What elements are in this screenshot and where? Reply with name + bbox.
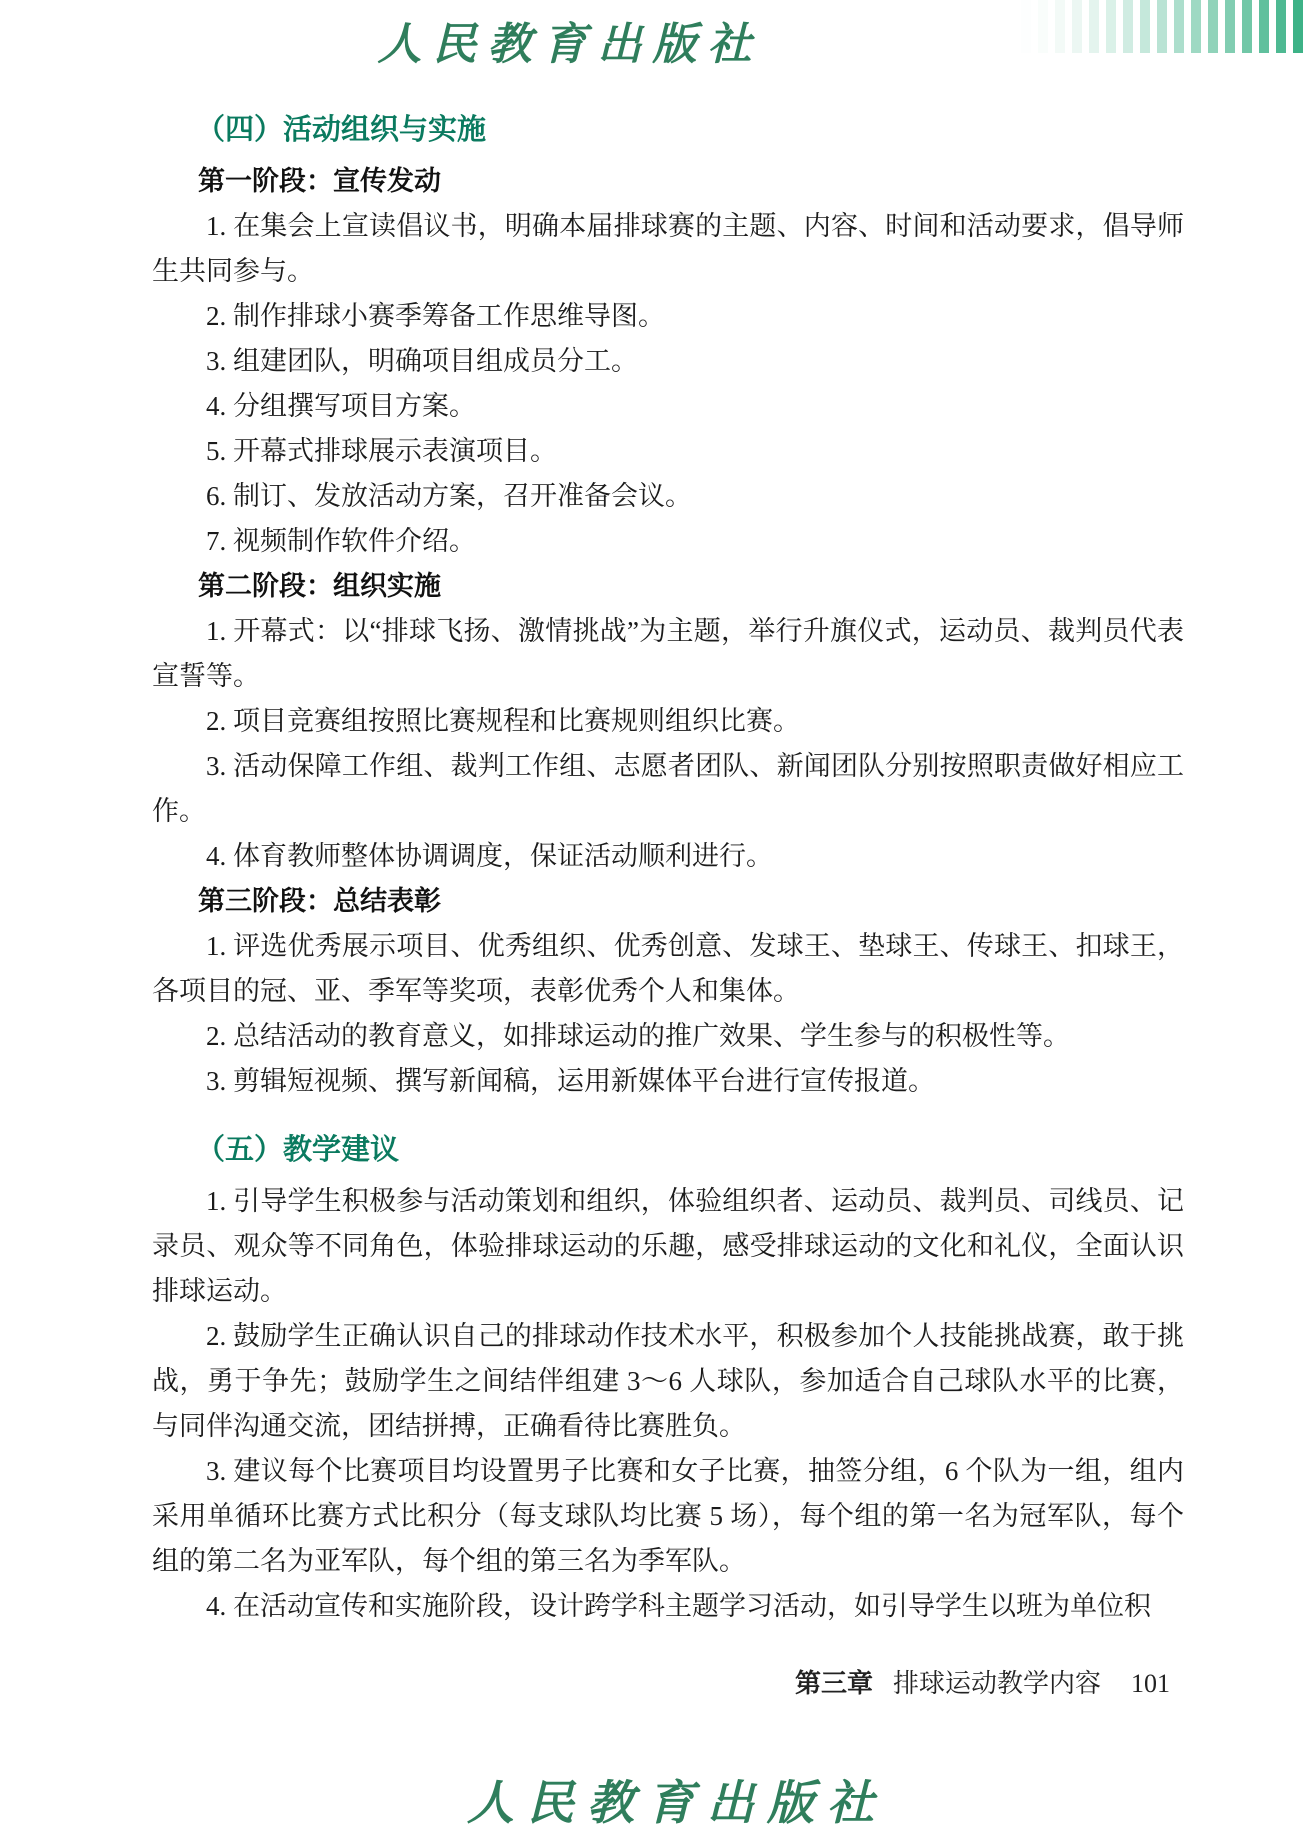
- footer-chapter-label: 第三章: [795, 1668, 873, 1698]
- fade-bar: [1106, 0, 1116, 53]
- fade-bar: [1276, 0, 1286, 53]
- section-heading: （四）活动组织与实施: [152, 108, 1184, 153]
- paragraph: 2. 鼓励学生正确认识自己的排球动作技术水平，积极参加个人技能挑战赛，敢于挑战，…: [152, 1314, 1184, 1449]
- paragraph: 1. 开幕式：以“排球飞扬、激情挑战”为主题，举行升旗仪式，运动员、裁判员代表宣…: [152, 609, 1184, 699]
- fade-bar: [1038, 0, 1048, 53]
- paragraph: 7. 视频制作软件介绍。: [152, 519, 1184, 564]
- paragraph: 1. 评选优秀展示项目、优秀组织、优秀创意、发球王、垫球王、传球王、扣球王，各项…: [152, 924, 1184, 1014]
- paragraph: 2. 总结活动的教育意义，如排球运动的推广效果、学生参与的积极性等。: [152, 1014, 1184, 1059]
- footer-page-number: 101: [1131, 1669, 1170, 1698]
- stage-heading: 第一阶段：宣传发动: [152, 159, 1184, 204]
- paragraph: 2. 制作排球小赛季筹备工作思维导图。: [152, 294, 1184, 339]
- decorative-fade-bars: [1014, 0, 1303, 53]
- page-footer: 第三章排球运动教学内容101: [152, 1666, 1170, 1701]
- paragraph: 1. 引导学生积极参与活动策划和组织，体验组织者、运动员、裁判员、司线员、记录员…: [152, 1179, 1184, 1314]
- stage-heading: 第三阶段：总结表彰: [152, 879, 1184, 924]
- fade-bar: [1208, 0, 1218, 53]
- paragraph: 4. 体育教师整体协调调度，保证活动顺利进行。: [152, 834, 1184, 879]
- fade-bar: [1089, 0, 1099, 53]
- fade-bar: [1055, 0, 1065, 53]
- paragraph: 6. 制订、发放活动方案，召开准备会议。: [152, 474, 1184, 519]
- fade-bar: [1157, 0, 1167, 53]
- page-body-text: （四）活动组织与实施第一阶段：宣传发动1. 在集会上宣读倡议书，明确本届排球赛的…: [152, 98, 1184, 1629]
- fade-bar: [1242, 0, 1252, 53]
- stage-heading: 第二阶段：组织实施: [152, 564, 1184, 609]
- fade-bar: [1140, 0, 1150, 53]
- paragraph: 5. 开幕式排球展示表演项目。: [152, 429, 1184, 474]
- book-page: 人民教育出版社 （四）活动组织与实施第一阶段：宣传发动1. 在集会上宣读倡议书，…: [0, 0, 1303, 1842]
- fade-bar: [1021, 0, 1031, 53]
- fade-bar: [1174, 0, 1184, 53]
- paragraph: 3. 活动保障工作组、裁判工作组、志愿者团队、新闻团队分别按照职责做好相应工作。: [152, 744, 1184, 834]
- fade-bar: [1191, 0, 1201, 53]
- footer-chapter-title: 排球运动教学内容: [893, 1669, 1101, 1698]
- paragraph: 3. 建议每个比赛项目均设置男子比赛和女子比赛，抽签分组，6 个队为一组，组内采…: [152, 1449, 1184, 1584]
- fade-bar: [1293, 0, 1303, 53]
- fade-bar: [1259, 0, 1269, 53]
- fade-bar: [1123, 0, 1133, 53]
- paragraph: 3. 组建团队，明确项目组成员分工。: [152, 339, 1184, 384]
- fade-bar: [1225, 0, 1235, 53]
- section-heading: （五）教学建议: [152, 1128, 1184, 1173]
- paragraph: 4. 在活动宣传和实施阶段，设计跨学科主题学习活动，如引导学生以班为单位积: [152, 1584, 1184, 1629]
- paragraph: 1. 在集会上宣读倡议书，明确本届排球赛的主题、内容、时间和活动要求，倡导师生共…: [152, 204, 1184, 294]
- paragraph: 3. 剪辑短视频、撰写新闻稿，运用新媒体平台进行宣传报道。: [152, 1059, 1184, 1104]
- paragraph: 2. 项目竞赛组按照比赛规程和比赛规则组织比赛。: [152, 699, 1184, 744]
- fade-bar: [1072, 0, 1082, 53]
- publisher-logo-bottom: 人民教育出版社: [467, 1766, 887, 1833]
- paragraph: 4. 分组撰写项目方案。: [152, 384, 1184, 429]
- publisher-logo-top: 人民教育出版社: [378, 8, 763, 72]
